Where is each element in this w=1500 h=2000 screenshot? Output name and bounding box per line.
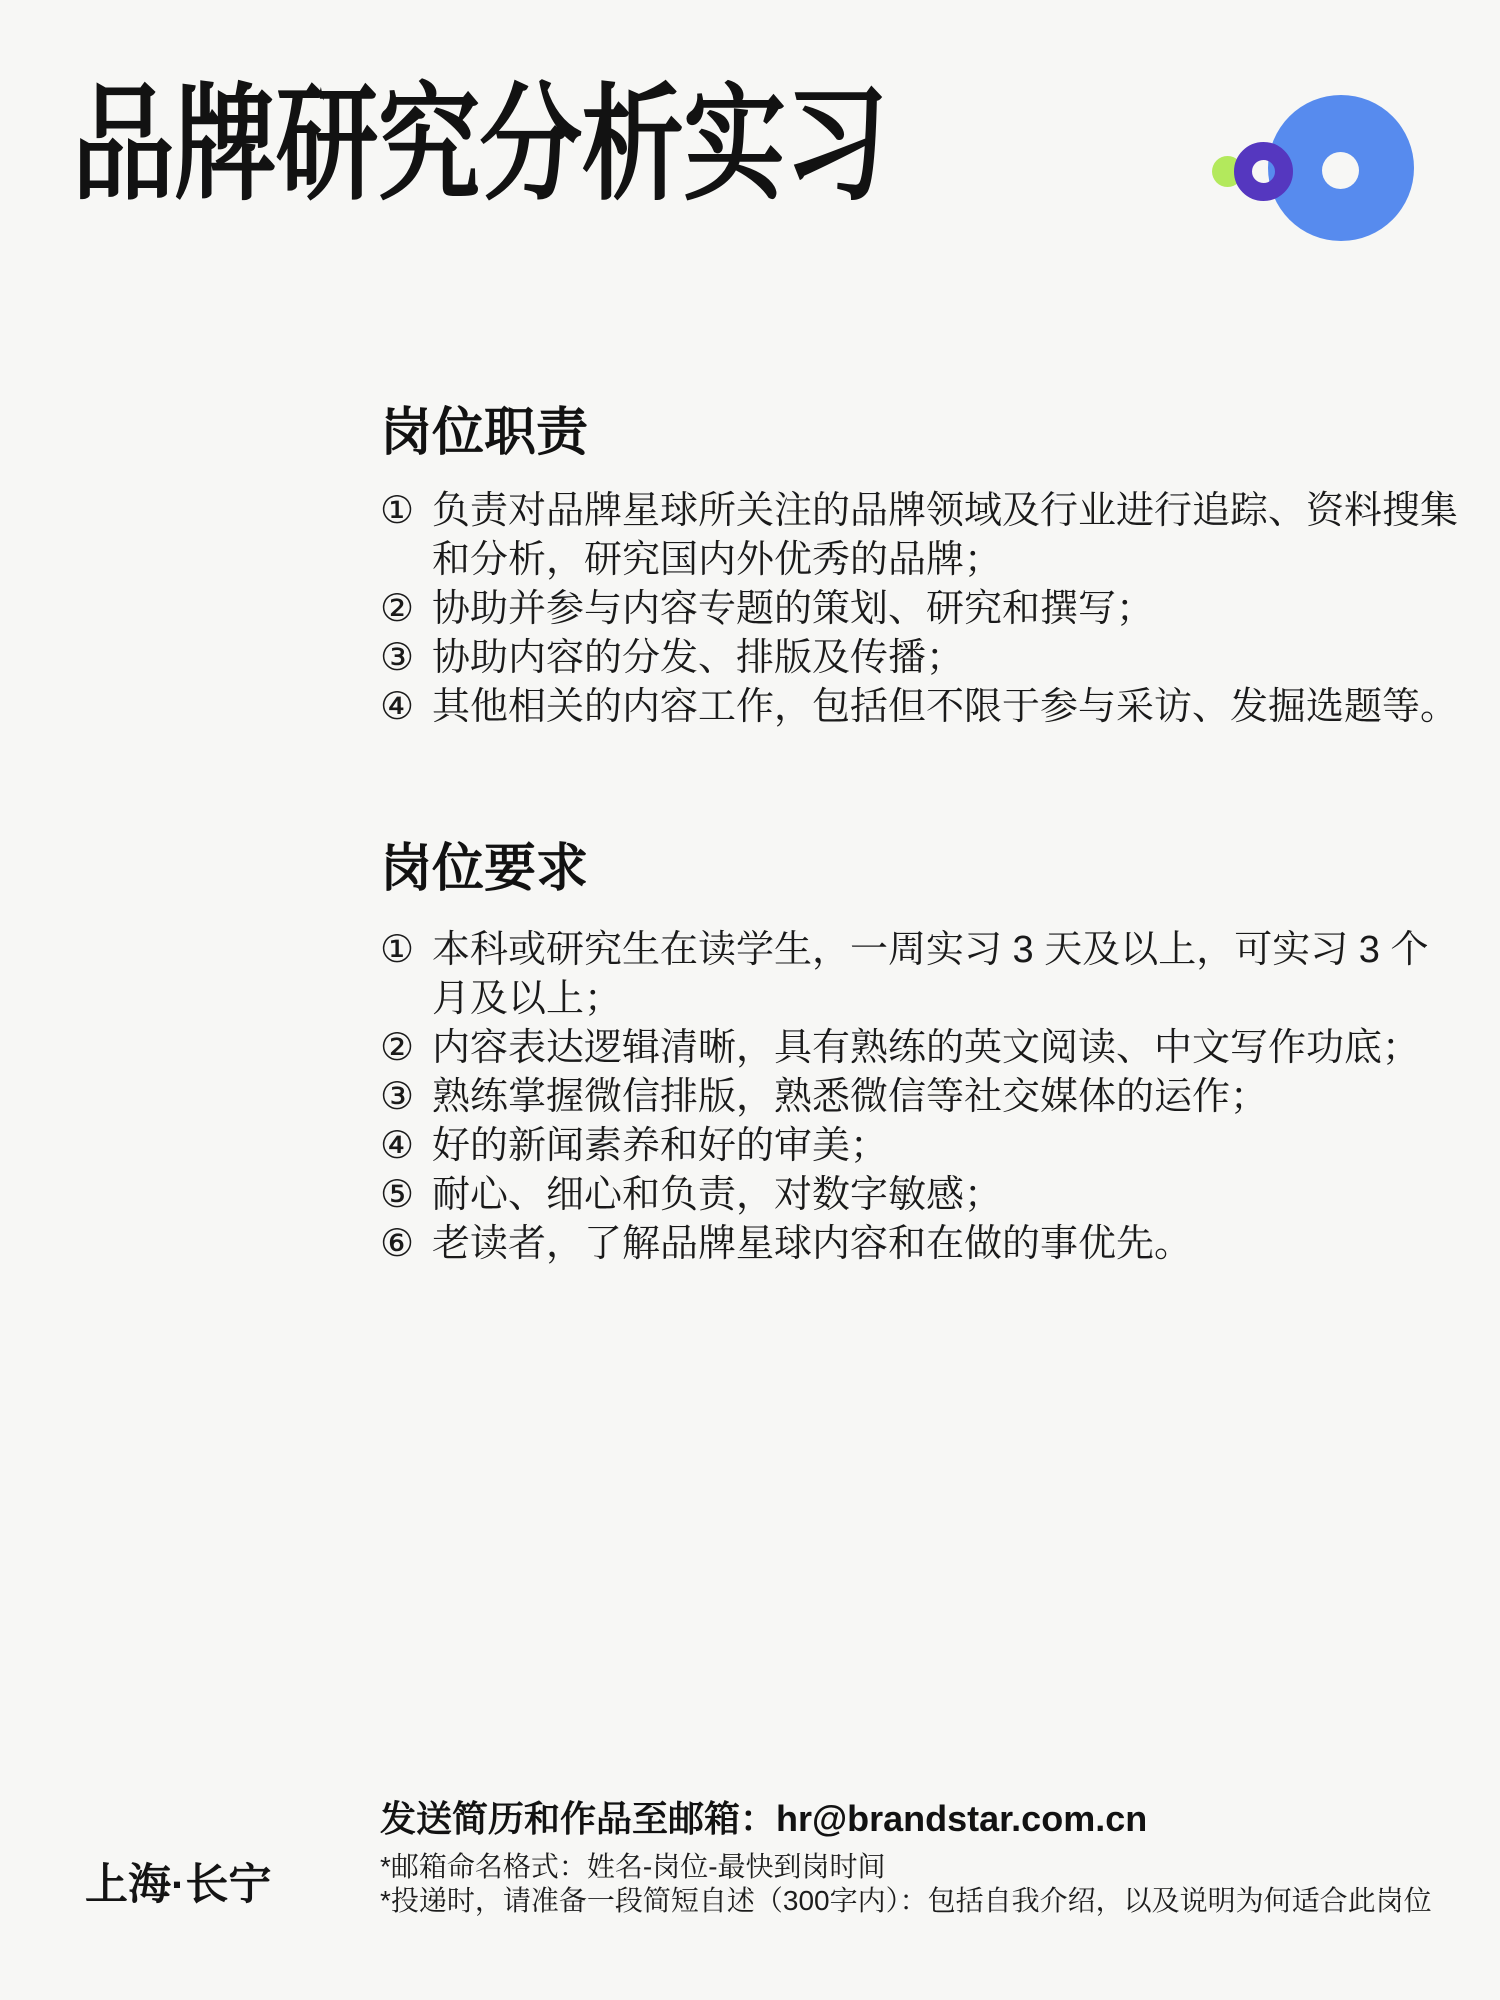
item-text: 本科或研究生在读学生，一周实习 3 天及以上，可实习 3 个 月及以上； bbox=[432, 926, 1460, 1024]
responsibilities-heading: 岗位职责 bbox=[380, 407, 1460, 459]
footer-note: *邮箱命名格式：姓名-岗位-最快到岗时间 bbox=[380, 1850, 1460, 1884]
item-number: ③ bbox=[380, 1073, 432, 1122]
item-text: 负责对品牌星球所关注的品牌领域及行业进行追踪、资料搜集 和分析，研究国内外优秀的… bbox=[432, 487, 1460, 585]
page-title: 品牌研究分析实习 bbox=[72, 82, 887, 208]
requirements-list: ① 本科或研究生在读学生，一周实习 3 天及以上，可实习 3 个 月及以上； ②… bbox=[380, 926, 1460, 1269]
item-number: ① bbox=[380, 926, 432, 1024]
list-item: ④ 好的新闻素养和好的审美； bbox=[380, 1122, 1460, 1171]
application-footer: 发送简历和作品至邮箱：hr@brandstar.com.cn *邮箱命名格式：姓… bbox=[380, 1796, 1460, 1918]
item-text: 老读者，了解品牌星球内容和在做的事优先。 bbox=[432, 1220, 1460, 1269]
list-item: ⑤ 耐心、细心和负责，对数字敏感； bbox=[380, 1171, 1460, 1220]
list-item: ⑥ 老读者，了解品牌星球内容和在做的事优先。 bbox=[380, 1220, 1460, 1269]
item-number: ④ bbox=[380, 683, 432, 732]
job-poster: 品牌研究分析实习 岗位职责 ① 负责对品牌星球所关注的品牌领域及行业进行追踪、资… bbox=[0, 0, 1500, 2000]
item-text: 协助并参与内容专题的策划、研究和撰写； bbox=[432, 585, 1460, 634]
apply-email-label: 发送简历和作品至邮箱： bbox=[380, 1798, 776, 1839]
job-location: 上海·长宁 bbox=[85, 1860, 271, 1910]
item-text: 内容表达逻辑清晰，具有熟练的英文阅读、中文写作功底； bbox=[432, 1024, 1460, 1073]
list-item: ③ 协助内容的分发、排版及传播； bbox=[380, 634, 1460, 683]
list-item: ② 内容表达逻辑清晰，具有熟练的英文阅读、中文写作功底； bbox=[380, 1024, 1460, 1073]
item-text: 协助内容的分发、排版及传播； bbox=[432, 634, 1460, 683]
list-item: ② 协助并参与内容专题的策划、研究和撰写； bbox=[380, 585, 1460, 634]
list-item: ③ 熟练掌握微信排版，熟悉微信等社交媒体的运作； bbox=[380, 1073, 1460, 1122]
item-number: ⑥ bbox=[380, 1220, 432, 1269]
item-number: ④ bbox=[380, 1122, 432, 1171]
apply-email-line: 发送简历和作品至邮箱：hr@brandstar.com.cn bbox=[380, 1796, 1460, 1842]
item-number: ② bbox=[380, 1024, 432, 1073]
requirements-heading: 岗位要求 bbox=[380, 843, 1460, 895]
list-item: ① 负责对品牌星球所关注的品牌领域及行业进行追踪、资料搜集 和分析，研究国内外优… bbox=[380, 487, 1460, 585]
item-number: ⑤ bbox=[380, 1171, 432, 1220]
logo-blue-circle-hole bbox=[1322, 152, 1359, 189]
item-text: 耐心、细心和负责，对数字敏感； bbox=[432, 1171, 1460, 1220]
item-number: ① bbox=[380, 487, 432, 585]
list-item: ④ 其他相关的内容工作，包括但不限于参与采访、发掘选题等。 bbox=[380, 683, 1460, 732]
responsibilities-list: ① 负责对品牌星球所关注的品牌领域及行业进行追踪、资料搜集 和分析，研究国内外优… bbox=[380, 487, 1460, 732]
item-text: 其他相关的内容工作，包括但不限于参与采访、发掘选题等。 bbox=[432, 683, 1460, 732]
item-text: 好的新闻素养和好的审美； bbox=[432, 1122, 1460, 1171]
item-number: ③ bbox=[380, 634, 432, 683]
item-number: ② bbox=[380, 585, 432, 634]
item-text: 熟练掌握微信排版，熟悉微信等社交媒体的运作； bbox=[432, 1073, 1460, 1122]
logo-purple-ring-icon bbox=[1234, 142, 1293, 201]
requirements-section: 岗位要求 ① 本科或研究生在读学生，一周实习 3 天及以上，可实习 3 个 月及… bbox=[380, 843, 1460, 1269]
apply-email-address: hr@brandstar.com.cn bbox=[776, 1798, 1147, 1839]
footer-note: *投递时，请准备一段简短自述（300字内）：包括自我介绍，以及说明为何适合此岗位 bbox=[380, 1884, 1460, 1918]
list-item: ① 本科或研究生在读学生，一周实习 3 天及以上，可实习 3 个 月及以上； bbox=[380, 926, 1460, 1024]
responsibilities-section: 岗位职责 ① 负责对品牌星球所关注的品牌领域及行业进行追踪、资料搜集 和分析，研… bbox=[380, 407, 1460, 732]
